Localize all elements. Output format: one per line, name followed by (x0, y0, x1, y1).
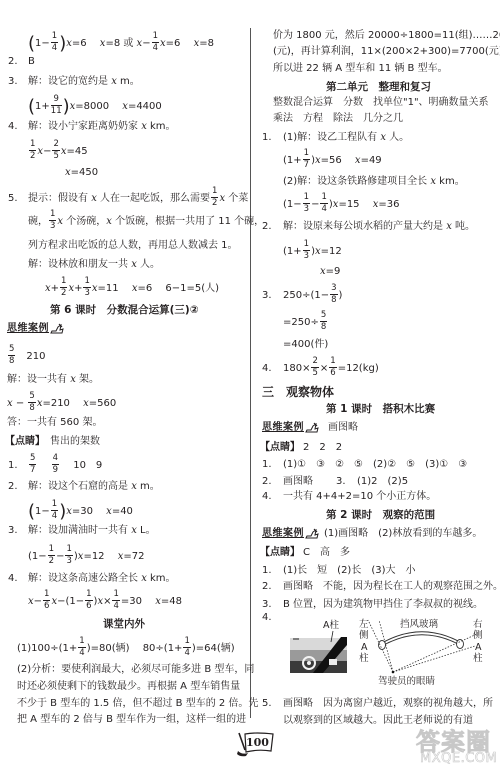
item-number: 4. (262, 487, 283, 507)
variable-x: x (430, 176, 436, 187)
answer-text: 画图略 不能，因为程长在工人的观察范围之外。 (283, 581, 500, 592)
fraction: 14 (112, 590, 119, 611)
fraction-numerator: 2 (52, 140, 59, 151)
solution-setup: 解：设原来每公顷水稻的产量大约是 x 吨。 (283, 221, 475, 232)
fraction: 49 (52, 454, 59, 475)
answer-item: 4.解：设这条高速公路全长 x km。 (8, 569, 176, 589)
fraction: 12 (48, 545, 55, 566)
thinking-case-line: x − 58x=210 x=560 (7, 392, 116, 412)
solution-setup: 解：设小宁家距离奶奶家 x km。 (28, 121, 176, 132)
variable-x: x (66, 506, 72, 517)
fraction: 14 (320, 193, 327, 214)
fraction: 14 (51, 500, 58, 521)
answer-item: 3.B 位置，因为建筑物甲挡住了李叔叔的视线。 (262, 595, 483, 615)
variable-x: x (106, 506, 112, 517)
fraction-numerator: 1 (303, 149, 310, 160)
answer-item: 1.(1)解：设乙工程队有 x 人。 (262, 128, 409, 148)
review-text: 整数混合运算 分数 找单位"1"、明确数量关系 (273, 97, 489, 108)
answer-item: 2.画图略 不能，因为程长在工人的观察范围之外。 (262, 577, 500, 597)
variable-x: x (355, 155, 361, 166)
analysis-text: (元)，再计算利润，11×(200×2+300)=7700(元)。 (273, 46, 500, 57)
variable-x: x (194, 38, 200, 49)
item-number: 4. (262, 359, 283, 379)
hint-text-line: 碗，13x 个汤碗，x 个饭碗，根据一共用了 11 个碗， (28, 210, 264, 230)
fraction-denominator: 8 (330, 295, 337, 305)
fraction: 12 (211, 187, 218, 208)
variable-x: x (45, 283, 51, 294)
fraction-denominator: 4 (51, 43, 58, 53)
fraction-denominator: 8 (8, 356, 15, 366)
answer-item: 5.提示：假设有 x 人在一起吃饭，那么需要12x 个菜 (8, 187, 248, 207)
variable-x: x (446, 221, 452, 232)
watermark-domain: MXQE.COM (420, 751, 497, 766)
photo-label: A柱 (323, 620, 339, 631)
fraction-denominator: 3 (303, 251, 310, 261)
variable-x: x (219, 193, 225, 204)
solution-setup: 解：设加满油时一共有 x L。 (28, 525, 156, 536)
variable-x: x (131, 259, 137, 270)
solution-setup: 解：设林放和朋友一共 x 人。 (28, 259, 160, 270)
fraction: 13 (65, 545, 72, 566)
right-pillar-label: 柱 (473, 653, 483, 664)
answer-item: 4. (262, 608, 283, 628)
fraction-denominator: 7 (29, 465, 36, 475)
writing-hand-icon (305, 528, 319, 539)
lesson-title: 第 2 课时 观察的范围 (326, 505, 435, 525)
equation-line: x+12x+13x=11 x=6 6−1=5(人) (45, 277, 219, 297)
thinking-case-line: 58 210 (7, 345, 46, 365)
variable-x: x (160, 38, 166, 49)
right-pillar-label: 侧 (473, 630, 483, 641)
equation: (1−14)x=6 x=8 或 x−14x=6 x=8 (28, 38, 214, 49)
left-pillar-label: 左 (359, 619, 369, 630)
fraction-numerator: 1 (303, 240, 310, 251)
thinking-case-line: 解：设一共有 x 架。 (7, 370, 99, 390)
fraction: 13 (303, 240, 310, 261)
right-pillar-label: A (475, 642, 482, 653)
variable-x: x (100, 38, 106, 49)
fraction-numerator: 1 (85, 590, 92, 601)
fraction: 57 (29, 454, 36, 475)
equation-line: =400(件) (283, 335, 328, 355)
fraction-denominator: 3 (65, 556, 72, 566)
analysis-text: 时还必须使剩下的钱数最少。再根据 A 型车销售量 (17, 681, 240, 692)
equation-line: (1−13−14)x=15 x=36 (283, 193, 399, 213)
fraction-denominator: 4 (152, 43, 159, 53)
variable-x: x (137, 38, 143, 49)
equation: (1−12−13)x=12 x=72 (28, 551, 144, 562)
fraction: 25 (52, 140, 59, 161)
solution-line: (2)解：设这条铁路修建项目全长 x km。 (283, 172, 465, 192)
fraction-denominator: 3 (49, 221, 56, 231)
answer-item: 4.解：设小宁家距离奶奶家 x km。 (8, 117, 176, 137)
equation-line: x−16x−(1−16)x×14=30 x=48 (28, 590, 182, 610)
fraction-denominator: 2 (211, 198, 218, 208)
fraction-denominator: 6 (43, 601, 50, 611)
writing-hand-icon (305, 422, 319, 433)
answer-text: B (28, 56, 35, 67)
fraction-numerator: 2 (311, 357, 318, 368)
thinking-case-text: 画图略 (328, 422, 358, 433)
equation: 180×25×16=12(kg) (283, 363, 379, 374)
analysis-text: 把 A 型车的 2 倍与 B 型车作为一组，这样一组的进 (17, 714, 246, 725)
solution-setup: 解：设这个石窟的高是 x m。 (28, 481, 160, 492)
fraction: 12 (60, 277, 67, 298)
variable-x: x (333, 199, 339, 210)
key-point: 【点睛】售出的架数 (5, 432, 100, 452)
equation-line: (1−14)x=30 x=40 (28, 500, 133, 520)
fraction-denominator: 4 (112, 601, 119, 611)
fraction-denominator: 3 (303, 204, 310, 214)
thinking-case-line: 答：一共有 560 架。 (7, 413, 102, 433)
answer-page: (1−14)x=6 x=8 或 x−14x=6 x=8 2.B 3.解：设它的宽… (0, 0, 500, 769)
key-point-text: 2 2 2 (303, 442, 342, 453)
variable-x: x (141, 573, 147, 584)
equation: (1+911)x=8000 x=4400 (28, 101, 162, 112)
big-parenthesis: ( (28, 33, 35, 54)
fraction-numerator: 1 (65, 545, 72, 556)
equation-line: (1−14)x=6 x=8 或 x−14x=6 x=8 (28, 32, 214, 52)
fraction: 13 (83, 277, 90, 298)
variable-x: x (131, 525, 137, 536)
eye-point-icon (392, 671, 395, 674)
fraction-numerator: 1 (83, 277, 90, 288)
fraction-numerator: 1 (29, 140, 36, 151)
key-point-text: C 高 多 (303, 547, 350, 558)
item-number: 1. (262, 128, 283, 148)
variable-x: x (106, 216, 112, 227)
big-parenthesis: ( (28, 501, 35, 522)
classroom-line: 把 A 型车的 2 倍与 B 型车作为一组，这样一组的进 (17, 710, 246, 730)
equation: =250÷58 (283, 317, 328, 328)
variable-x: x (111, 76, 117, 87)
variable-x: x (51, 596, 57, 607)
analysis-text: 价为 1800 元，然后 20000÷1800=11(组)……200 (273, 30, 500, 41)
classroom-line: (1)100÷(1+14)=80(辆) 80÷(1+14)=64(辆) (17, 637, 235, 657)
variable-x: x (320, 266, 326, 277)
thinking-case-header: 思维案例画图略 (262, 418, 358, 438)
a-pillar-figure: A柱 左 侧 A 柱 挡风玻璃 右 侧 A 柱 驾驶员的眼睛 (285, 615, 495, 690)
fraction: 14 (183, 637, 190, 658)
fraction-numerator: 1 (49, 210, 56, 221)
variable-x: x (380, 132, 386, 143)
solution-setup: 解：设它的宽约是 x m。 (28, 76, 140, 87)
fraction: 16 (85, 590, 92, 611)
variable-x: x (70, 374, 76, 385)
key-point: 【点睛】C 高 多 (260, 543, 350, 563)
fraction: 12 (29, 140, 36, 161)
answer-item: 4.一共有 4+4+2=10 个小正方体。 (262, 487, 436, 507)
fraction: 14 (152, 32, 159, 53)
equation-line: 12x−25x=45 (28, 140, 88, 160)
fraction-denominator: 2 (60, 288, 67, 298)
car-interior-photo (290, 631, 347, 673)
fraction-numerator: 1 (303, 193, 310, 204)
fraction: 58 (8, 345, 15, 366)
answer-statement: 答：一共有 560 架。 (7, 417, 102, 428)
equation-line: =250÷58 (283, 311, 328, 331)
driver-eye-label: 驾驶员的眼睛 (378, 676, 435, 687)
item-number: 2. (8, 52, 28, 72)
analysis-text: (2)分析：要使利润最大，必须尽可能多进 B 型车，同 (17, 664, 254, 675)
answer-text: 58 210 (7, 351, 46, 362)
hint-text-line: 列方程求出吃饭的总人数，再用总人数减去 1。 (28, 236, 238, 256)
key-point-label: 【点睛】 (260, 543, 303, 563)
equation: (1+17)x=56 x=49 (283, 155, 382, 166)
analysis-text: 所以进 22 辆 A 型车和 11 辆 B 型车。 (273, 63, 448, 74)
thinking-case-text: (1)画图略 (2)林放看到的车越多。 (324, 528, 482, 539)
hint-text: 碗，13x 个汤碗，x 个饭碗，根据一共用了 11 个碗， (28, 216, 264, 227)
fraction-numerator: 1 (43, 590, 50, 601)
variable-x: x (70, 101, 76, 112)
equation: 12x−25x=45 (28, 146, 88, 157)
fraction-denominator: 2 (29, 151, 36, 161)
fraction: 13 (303, 193, 310, 214)
fraction-denominator: 4 (183, 648, 190, 658)
fraction: 14 (51, 32, 58, 53)
big-parenthesis: ( (28, 96, 35, 117)
fraction: 58 (320, 311, 327, 332)
fraction-denominator: 2 (48, 556, 55, 566)
equation: (1+13)x=12 (283, 246, 342, 257)
classroom-section-title: 课堂内外 (103, 614, 145, 634)
solution-setup: (1)解：设乙工程队有 x 人。 (283, 132, 409, 143)
item-number: 5. (262, 694, 283, 714)
equation: x=9 (320, 266, 340, 277)
variable-x: x (315, 246, 321, 257)
big-parenthesis: ) (63, 96, 70, 117)
variable-x: x (131, 481, 137, 492)
fraction: 16 (329, 357, 336, 378)
answer-item: 1.57 49 10 9 (8, 454, 102, 474)
equation: 250÷(1−38) (283, 290, 342, 301)
fraction-denominator: 6 (85, 601, 92, 611)
answer-item: 2.解：设这个石窟的高是 x m。 (8, 477, 160, 497)
item-number: 4. (8, 569, 28, 589)
review-text: 乘法 方程 除法 几分之几 (273, 113, 403, 124)
fraction-numerator: 5 (28, 392, 35, 403)
variable-x: x (61, 146, 67, 157)
fraction: 17 (303, 149, 310, 170)
item-number: 2. (8, 477, 28, 497)
fraction: 25 (311, 357, 318, 378)
variable-x: x (37, 398, 43, 409)
answer-text: (1)长 短 (2)长 (3)大 小 (283, 565, 416, 576)
fraction-numerator: 1 (183, 637, 190, 648)
variable-x: x (373, 199, 379, 210)
answer-text: (1)2 (2)5 (357, 476, 408, 487)
fraction-denominator: 11 (51, 106, 62, 116)
solution-setup: 解：设一共有 x 架。 (7, 374, 99, 385)
fraction-numerator: 9 (51, 95, 62, 106)
writing-hand-icon (50, 323, 64, 334)
fraction: 13 (49, 210, 56, 231)
fraction-denominator: 6 (329, 368, 336, 378)
fraction-numerator: 5 (8, 345, 15, 356)
equation: (1)100÷(1+14)=80(辆) 80÷(1+14)=64(辆) (17, 643, 235, 654)
thinking-case-header: 思维案例 (7, 319, 64, 339)
variable-x: x (122, 101, 128, 112)
fraction-numerator: 3 (330, 284, 337, 295)
variable-x: x (7, 398, 13, 409)
fraction-denominator: 4 (78, 648, 85, 658)
fraction-numerator: 1 (211, 187, 218, 198)
fraction: 16 (43, 590, 50, 611)
equation: (1−14)x=30 x=40 (28, 506, 133, 517)
variable-x: x (83, 398, 89, 409)
column-divider (250, 28, 251, 718)
thinking-case-label: 思维案例 (7, 319, 49, 339)
variable-x: x (118, 551, 124, 562)
answer-item: 2.解：设原来每公顷水稻的产量大约是 x 吨。 (262, 217, 475, 237)
equation-line: (1+911)x=8000 x=4400 (28, 95, 162, 115)
fraction-denominator: 5 (311, 368, 318, 378)
variable-x: x (28, 596, 34, 607)
thinking-case-header: 思维案例(1)画图略 (2)林放看到的车越多。 (262, 524, 482, 544)
item-number: 3. (8, 521, 28, 541)
equation-line: x=450 (65, 163, 98, 183)
fraction-denominator: 9 (52, 465, 59, 475)
answer-item: 4.180×25×16=12(kg) (262, 357, 379, 377)
right-pillar-label: 右 (473, 619, 483, 630)
fraction-denominator: 8 (28, 403, 35, 413)
answer-item: 3.250÷(1−38) (262, 284, 342, 304)
fraction-denominator: 4 (51, 511, 58, 521)
equation: x − 58x=210 x=560 (7, 398, 116, 409)
equation: (1−13−14)x=15 x=36 (283, 199, 399, 210)
lesson-title: 第 6 课时 分数混合运算(三)② (50, 300, 199, 320)
fraction: 38 (330, 284, 337, 305)
variable-x: x (57, 216, 63, 227)
left-pillar-label: A (361, 642, 368, 653)
variable-x: x (91, 193, 97, 204)
left-pillar-label: 柱 (359, 653, 369, 664)
answer-text: B 位置，因为建筑物甲挡住了李叔叔的视线。 (283, 599, 483, 610)
equation-line: (1−12−13)x=12 x=72 (28, 545, 144, 565)
fraction-numerator: 1 (112, 590, 119, 601)
equation-line: (1+17)x=56 x=49 (283, 149, 382, 169)
hint-text: 提示：假设有 x 人在一起吃饭，那么需要12x 个菜 (28, 193, 248, 204)
thinking-case-label: 思维案例 (262, 524, 304, 544)
fraction-numerator: 1 (320, 193, 327, 204)
answer-item: 3.解：设加满油时一共有 x L。 (8, 521, 156, 541)
solution-setup: (2)解：设这条铁路修建项目全长 x km。 (283, 176, 465, 187)
answer-item: 3.解：设它的宽约是 x m。 (8, 72, 140, 92)
fraction-numerator: 1 (60, 277, 67, 288)
fraction-denominator: 5 (52, 151, 59, 161)
variable-x: x (97, 596, 103, 607)
variable-x: x (155, 596, 161, 607)
variable-x: x (37, 146, 43, 157)
equation: x+12x+13x=11 x=6 6−1=5(人) (45, 283, 219, 294)
variable-x: x (66, 38, 72, 49)
fraction: 58 (28, 392, 35, 413)
variable-x: x (65, 167, 71, 178)
review-line: 乘法 方程 除法 几分之几 (273, 109, 403, 129)
fraction-denominator: 4 (320, 204, 327, 214)
item-number: 3. (8, 72, 28, 92)
left-pillar-label: 侧 (359, 630, 369, 641)
fraction-numerator: 1 (329, 357, 336, 368)
solution-setup: 解：设这条高速公路全长 x km。 (28, 573, 176, 584)
item-number: 4. (262, 608, 283, 628)
answer-text: 一共有 4+4+2=10 个小正方体。 (283, 491, 436, 502)
hint-text: 列方程求出吃饭的总人数，再用总人数减去 1。 (28, 240, 238, 251)
answer-text: 画图略 因为离窗户越近，观察的视角越大，所 (283, 698, 493, 709)
analysis-line: 所以进 22 辆 A 型车和 11 辆 B 型车。 (273, 59, 448, 79)
windshield-label: 挡风玻璃 (400, 619, 438, 630)
fraction-numerator: 4 (52, 454, 59, 465)
variable-x: x (141, 121, 147, 132)
fraction-numerator: 1 (51, 32, 58, 43)
answer-text: (1)① ③ ② ⑤ (2)② ⑤ (3)① ③ (283, 459, 467, 470)
item-number: 3. (262, 286, 283, 306)
item-number: 4. (8, 117, 28, 137)
variable-x: x (68, 283, 74, 294)
variable-x: x (78, 551, 84, 562)
fraction: 911 (51, 95, 62, 116)
equation: x=450 (65, 167, 98, 178)
variable-x: x (132, 283, 138, 294)
solution-line: 解：设林放和朋友一共 x 人。 (28, 255, 160, 275)
item-number: 2. (262, 217, 283, 237)
fraction-numerator: 1 (152, 32, 159, 43)
key-point-text: 售出的架数 (50, 436, 100, 447)
fraction-numerator: 5 (320, 311, 327, 322)
item-number: 1. (8, 456, 28, 476)
equation-line: x=9 (320, 262, 340, 282)
equation: =400(件) (283, 339, 328, 350)
fraction-denominator: 8 (320, 322, 327, 332)
item-number: 5. (8, 189, 28, 209)
thinking-case-label: 思维案例 (262, 418, 304, 438)
fraction-denominator: 3 (83, 288, 90, 298)
unit-title: 三 观察物体 (262, 382, 334, 402)
fraction-numerator: 5 (29, 454, 36, 465)
lesson-title: 第 1 课时 搭积木比赛 (326, 399, 435, 419)
equation: x−16x−(1−16)x×14=30 x=48 (28, 596, 182, 607)
fraction: 14 (78, 637, 85, 658)
fraction-numerator: 1 (48, 545, 55, 556)
fraction-denominator: 7 (303, 160, 310, 170)
fraction-numerator: 1 (51, 500, 58, 511)
answer-item: 2.B (8, 52, 35, 72)
variable-x: x (315, 155, 321, 166)
analysis-text: 不少于 B 型车的 1.5 倍，但不超过 B 型车的 2 倍。先 (17, 698, 258, 709)
page-number: 100 (246, 736, 269, 750)
fraction-numerator: 1 (78, 637, 85, 648)
equation-line: (1+13)x=12 (283, 240, 342, 260)
variable-x: x (92, 283, 98, 294)
key-point-label: 【点睛】 (5, 432, 50, 452)
answer-text: 57 49 10 9 (28, 460, 102, 471)
item-number: 2. (262, 577, 283, 597)
